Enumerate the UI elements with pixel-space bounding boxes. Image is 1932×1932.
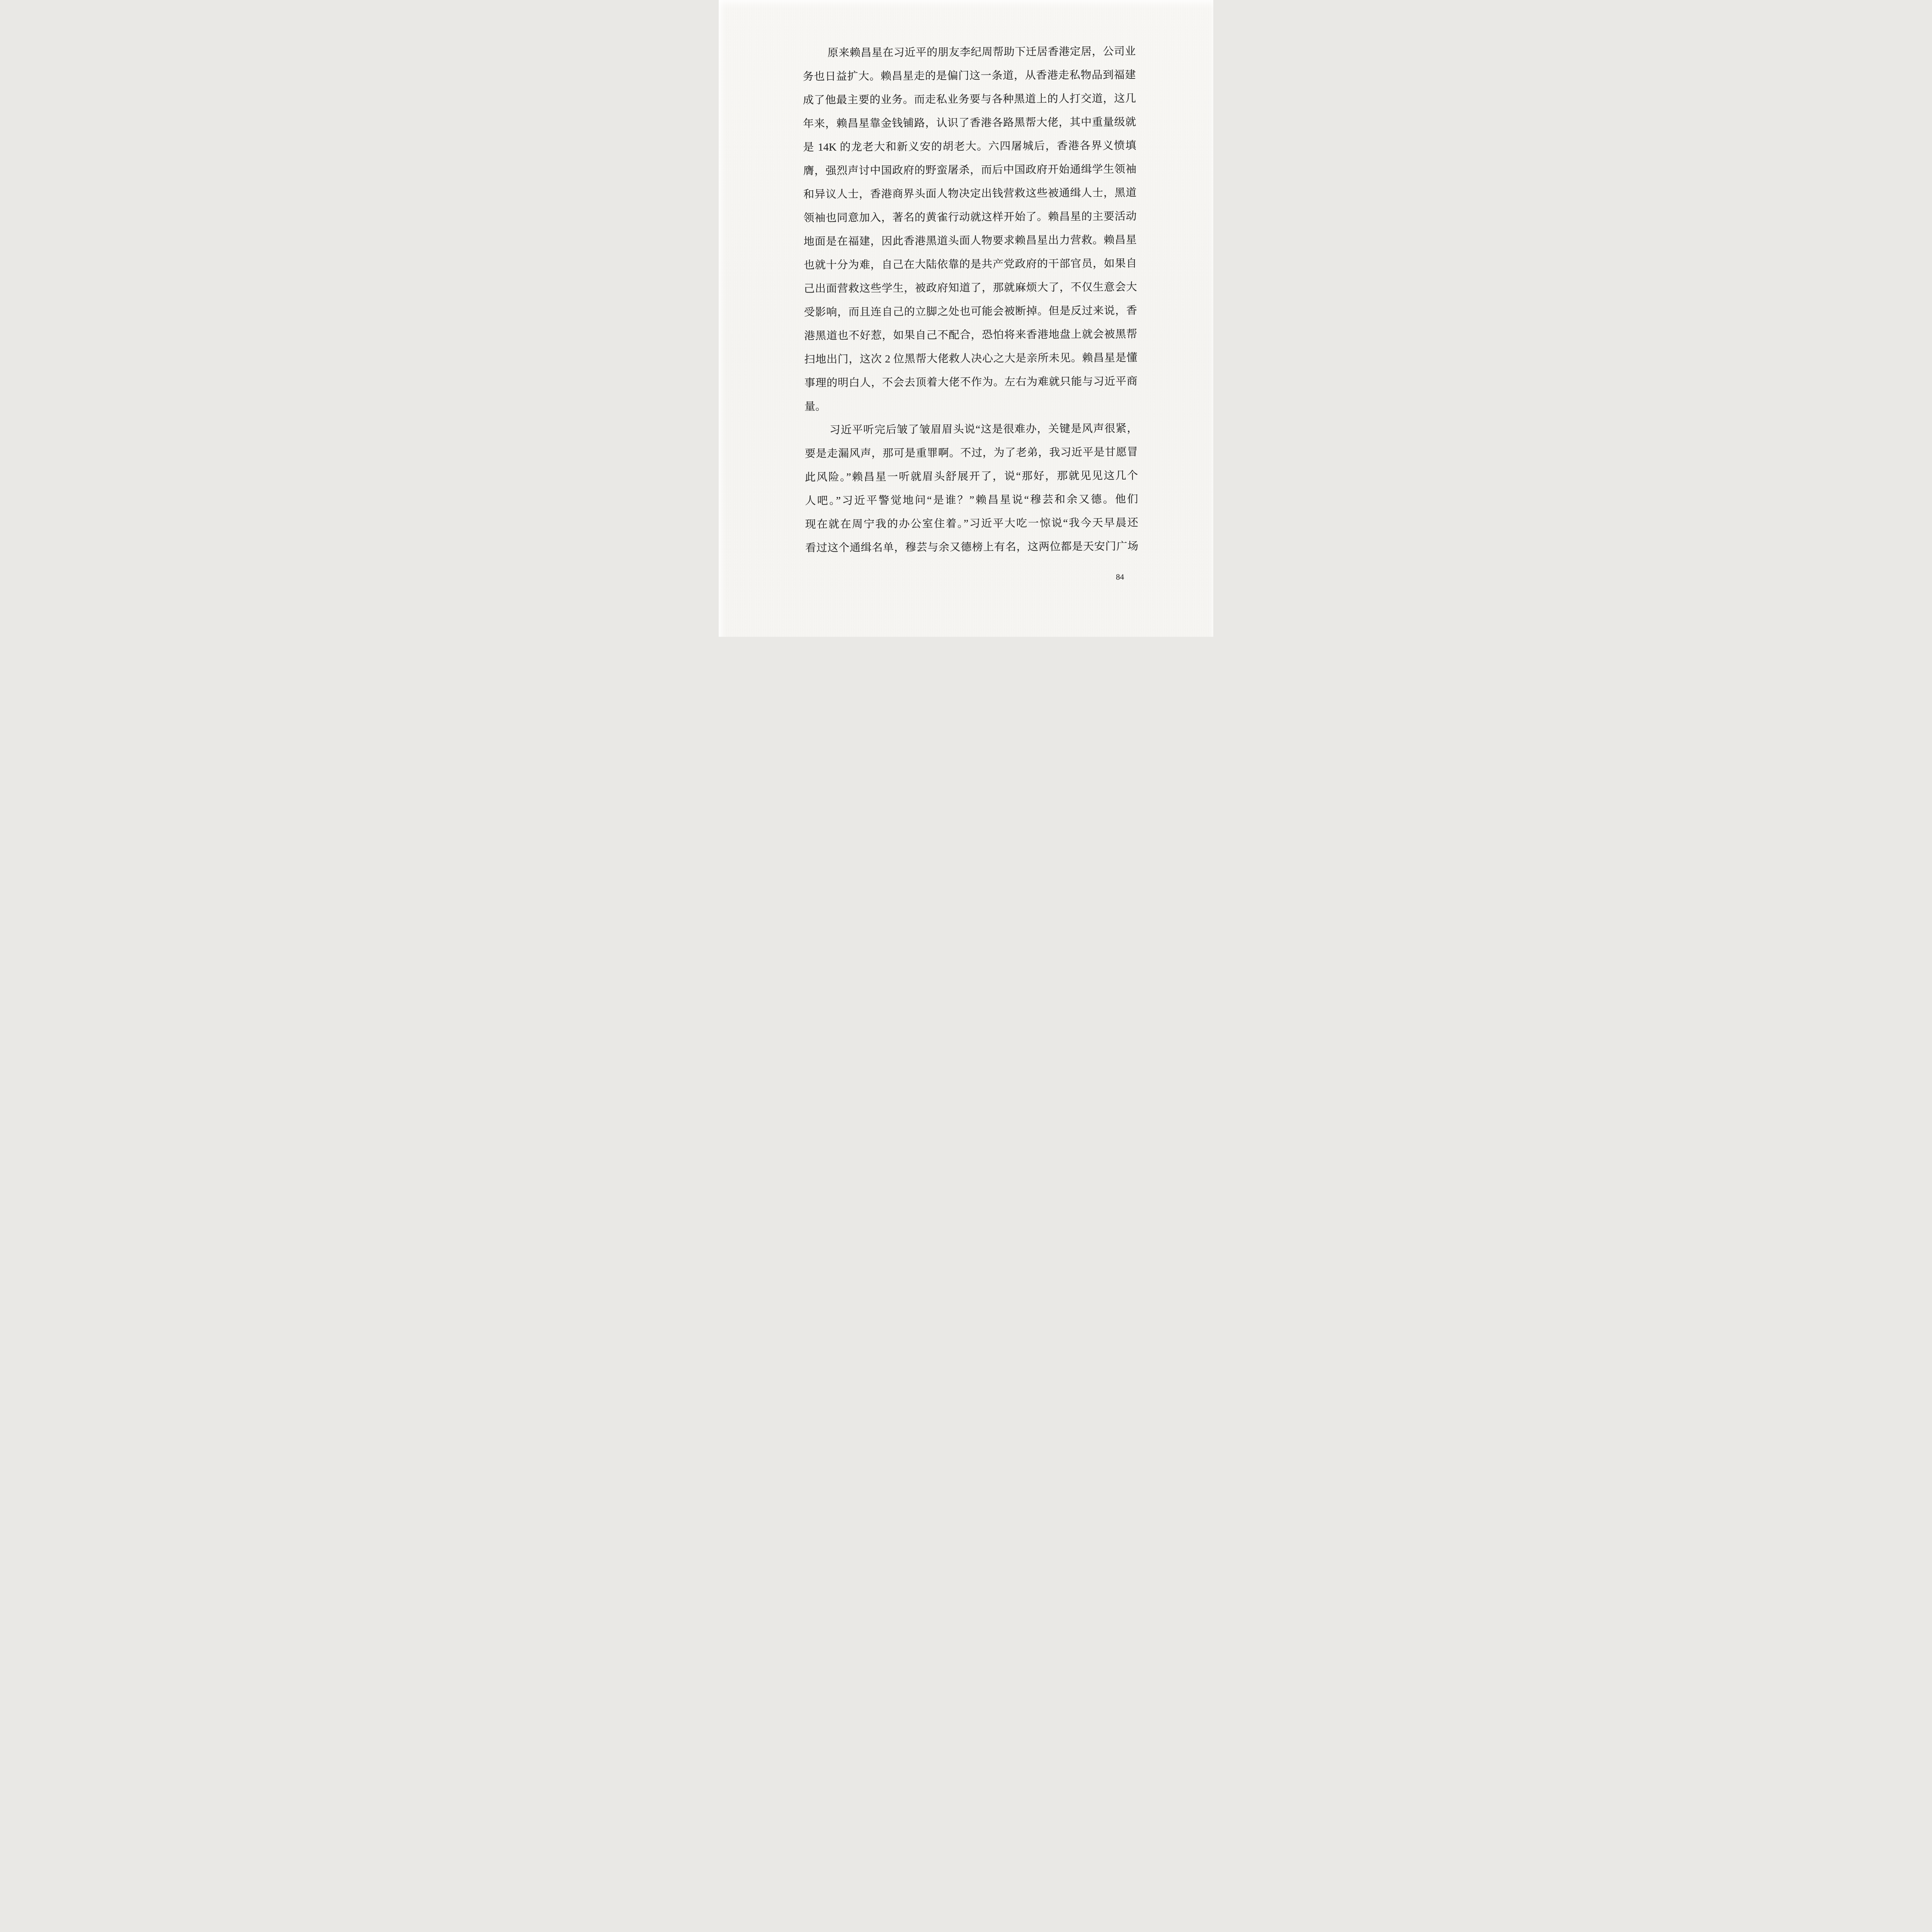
text-line: 人吧。”习近平警觉地问“是谁？”赖昌星说“穆芸和余又德。他们 bbox=[805, 488, 1138, 513]
text-line: 现在就在周宁我的办公室住着。”习近平大吃一惊说“我今天早晨还 bbox=[805, 511, 1138, 537]
text-line: 扫地出门，这次 2 位黑帮大佬救人决心之大是亲所未见。赖昌星是懂 bbox=[804, 346, 1137, 372]
scanned-document-page: 原来赖昌星在习近平的朋友李纪周帮助下迁居香港定居，公司业务也日益扩大。赖昌星走的… bbox=[719, 0, 1213, 637]
text-block: 原来赖昌星在习近平的朋友李纪周帮助下迁居香港定居，公司业务也日益扩大。赖昌星走的… bbox=[803, 40, 1138, 560]
text-line: 习近平听完后皱了皱眉眉头说“这是很难办，关键是风声很紧， bbox=[804, 417, 1138, 442]
text-line: 己出面营救这些学生，被政府知道了，那就麻烦大了，不仅生意会大 bbox=[804, 276, 1137, 301]
text-line: 要是走漏风声，那可是重罪啊。不过，为了老弟，我习近平是甘愿冒 bbox=[805, 440, 1138, 466]
scan-content: 原来赖昌星在习近平的朋友李纪周帮助下迁居香港定居，公司业务也日益扩大。赖昌星走的… bbox=[719, 0, 1213, 637]
text-line: 是 14K 的龙老大和新义安的胡老大。六四屠城后，香港各界义愤填 bbox=[803, 134, 1136, 160]
text-line: 务也日益扩大。赖昌星走的是偏门这一条道，从香港走私物品到福建 bbox=[803, 63, 1136, 89]
text-line: 和异议人士，香港商界头面人物决定出钱营救这些被通缉人士，黑道 bbox=[803, 181, 1136, 207]
text-line: 看过这个通缉名单，穆芸与余又德榜上有名，这两位都是天安门广场 bbox=[805, 535, 1138, 560]
text-line: 地面是在福建，因此香港黑道头面人物要求赖昌星出力营救。赖昌星 bbox=[804, 228, 1137, 254]
text-line: 膺，强烈声讨中国政府的野蛮屠杀，而后中国政府开始通缉学生领袖 bbox=[803, 158, 1136, 183]
paragraph: 习近平听完后皱了皱眉眉头说“这是很难办，关键是风声很紧，要是走漏风声，那可是重罪… bbox=[804, 417, 1138, 560]
text-line: 量。 bbox=[804, 393, 1138, 419]
text-line: 此风险。”赖昌星一听就眉头舒展开了，说“那好，那就见见这几个 bbox=[805, 464, 1138, 490]
text-line: 领袖也同意加入，著名的黄雀行动就这样开始了。赖昌星的主要活动 bbox=[803, 205, 1136, 230]
text-line: 事理的明白人，不会去顶着大佬不作为。左右为难就只能与习近平商 bbox=[804, 370, 1138, 395]
text-line: 成了他最主要的业务。而走私业务要与各种黑道上的人打交道，这几 bbox=[803, 87, 1136, 112]
text-line: 受影响，而且连自己的立脚之处也可能会被断掉。但是反过来说，香 bbox=[804, 299, 1137, 325]
text-line: 也就十分为难，自己在大陆依靠的是共产党政府的干部官员，如果自 bbox=[804, 252, 1137, 277]
text-line: 港黑道也不好惹，如果自己不配合，恐怕将来香港地盘上就会被黑帮 bbox=[804, 323, 1137, 348]
text-line: 原来赖昌星在习近平的朋友李纪周帮助下迁居香港定居，公司业 bbox=[803, 40, 1136, 65]
paragraph: 原来赖昌星在习近平的朋友李纪周帮助下迁居香港定居，公司业务也日益扩大。赖昌星走的… bbox=[803, 40, 1138, 419]
text-line: 年来，赖昌星靠金钱铺路，认识了香港各路黑帮大佬，其中重量级就 bbox=[803, 111, 1136, 136]
page-number: 84 bbox=[1108, 573, 1131, 581]
